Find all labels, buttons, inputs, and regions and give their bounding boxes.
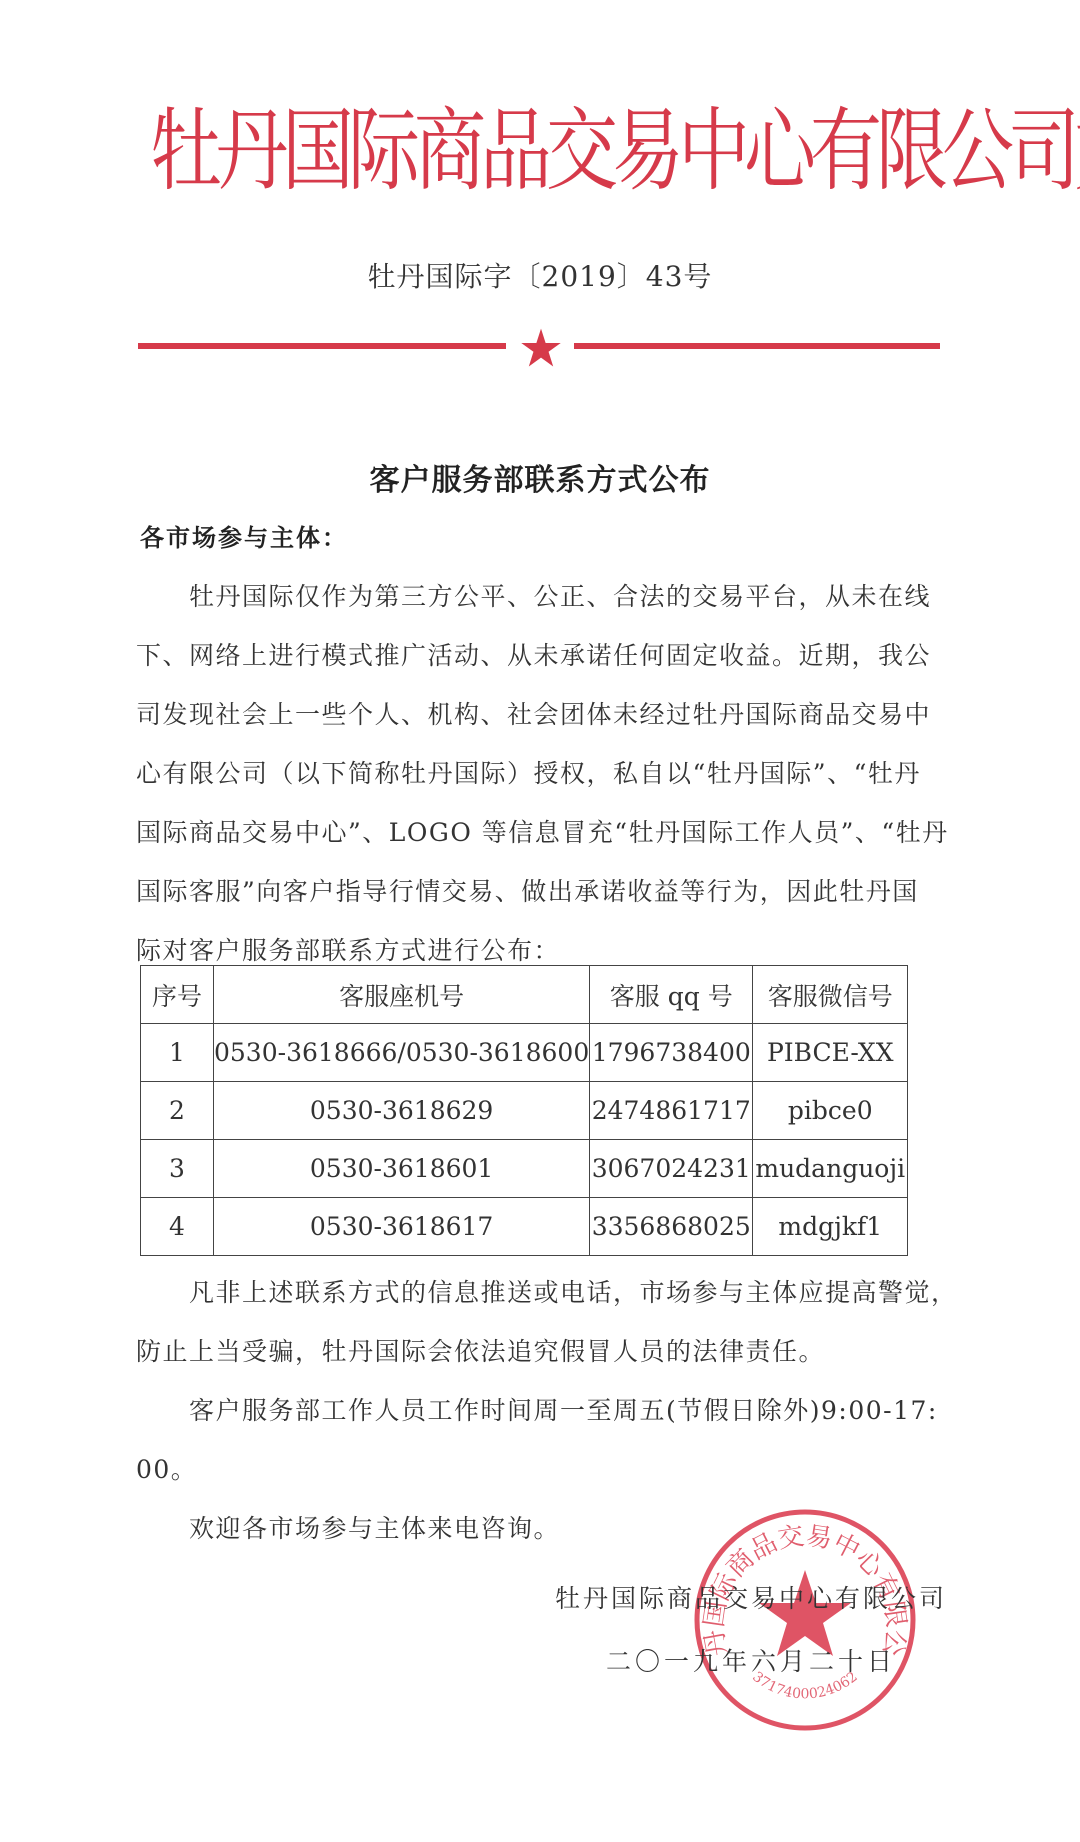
- paragraph-line: 下、网络上进行模式推广活动、从未承诺任何固定收益。近期，我公: [136, 626, 930, 685]
- paragraph-line: 防止上当受骗，牡丹国际会依法追究假冒人员的法律责任。: [136, 1322, 930, 1381]
- paragraph-warning: 凡非上述联系方式的信息推送或电话，市场参与主体应提高警觉， 防止上当受骗，牡丹国…: [136, 1263, 930, 1381]
- cell-index: 1: [141, 1024, 214, 1082]
- paragraph-line: 司发现社会上一些个人、机构、社会团体未经过牡丹国际商品交易中: [136, 685, 930, 744]
- column-header-index: 序号: [141, 966, 214, 1024]
- paragraph-intro: 牡丹国际仅作为第三方公平、公正、合法的交易平台，从未在线 下、网络上进行模式推广…: [136, 567, 930, 980]
- paragraph-line: 国际商品交易中心”、LOGO 等信息冒充“牡丹国际工作人员”、“牡丹: [136, 803, 930, 862]
- paragraph-line: 00。: [136, 1440, 930, 1499]
- cell-wechat: mudanguoji: [753, 1140, 908, 1198]
- table-header-row: 序号 客服座机号 客服 qq 号 客服微信号: [141, 966, 908, 1024]
- cell-index: 3: [141, 1140, 214, 1198]
- table-row: 4 0530-3618617 3356868025 mdgjkf1: [141, 1198, 908, 1256]
- table-row: 3 0530-3618601 3067024231 mudanguoji: [141, 1140, 908, 1198]
- cell-landline: 0530-3618601: [214, 1140, 590, 1198]
- cell-landline: 0530-3618617: [214, 1198, 590, 1256]
- header-divider-right: [574, 343, 940, 349]
- column-header-wechat: 客服微信号: [753, 966, 908, 1024]
- paragraph-line: 心有限公司（以下简称牡丹国际）授权，私自以“牡丹国际”、“牡丹: [136, 744, 930, 803]
- paragraph-line: 凡非上述联系方式的信息推送或电话，市场参与主体应提高警觉，: [136, 1263, 930, 1322]
- notice-title: 客户服务部联系方式公布: [0, 455, 1080, 499]
- cell-wechat: pibce0: [753, 1082, 908, 1140]
- column-header-qq: 客服 qq 号: [590, 966, 753, 1024]
- cell-landline: 0530-3618666/0530-3618600: [214, 1024, 590, 1082]
- cell-wechat: mdgjkf1: [753, 1198, 908, 1256]
- signature-date: 二〇一九年六月二十日: [606, 1642, 896, 1678]
- contacts-table: 序号 客服座机号 客服 qq 号 客服微信号 1 0530-3618666/05…: [140, 965, 908, 1256]
- cell-qq: 1796738400: [590, 1024, 753, 1082]
- cell-wechat: PIBCE-XX: [753, 1024, 908, 1082]
- document-header-title: 牡丹国际商品交易中心有限公司文件: [150, 69, 940, 232]
- header-divider-left: [138, 343, 506, 349]
- cell-qq: 3067024231: [590, 1140, 753, 1198]
- paragraph-line: 国际客服”向客户指导行情交易、做出承诺收益等行为，因此牡丹国: [136, 862, 930, 921]
- salutation: 各市场参与主体：: [140, 518, 348, 553]
- company-seal-icon: 牡丹国际商品交易中心有限公司 3717400024062: [690, 1505, 920, 1735]
- cell-qq: 2474861717: [590, 1082, 753, 1140]
- cell-qq: 3356868025: [590, 1198, 753, 1256]
- signature-company: 牡丹国际商品交易中心有限公司: [555, 1579, 947, 1615]
- table-row: 2 0530-3618629 2474861717 pibce0: [141, 1082, 908, 1140]
- cell-index: 2: [141, 1082, 214, 1140]
- paragraph-line: 牡丹国际仅作为第三方公平、公正、合法的交易平台，从未在线: [136, 567, 930, 626]
- cell-index: 4: [141, 1198, 214, 1256]
- star-icon: [520, 327, 562, 369]
- column-header-landline: 客服座机号: [214, 966, 590, 1024]
- paragraph-line: 客户服务部工作人员工作时间周一至周五(节假日除外)9:00-17:: [136, 1381, 930, 1440]
- document-number: 牡丹国际字〔2019〕43号: [0, 255, 1080, 295]
- table-row: 1 0530-3618666/0530-3618600 1796738400 P…: [141, 1024, 908, 1082]
- paragraph-hours: 客户服务部工作人员工作时间周一至周五(节假日除外)9:00-17: 00。: [136, 1381, 930, 1499]
- cell-landline: 0530-3618629: [214, 1082, 590, 1140]
